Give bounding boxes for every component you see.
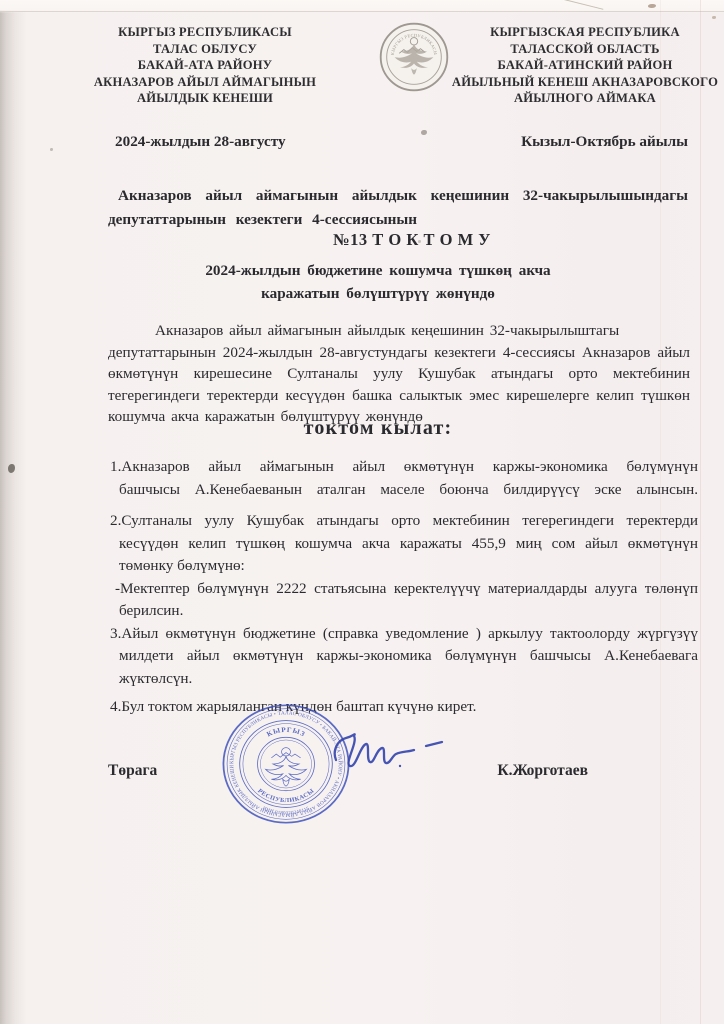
org-name-line: БАКАЙ-АТИНСКИЙ РАЙОН: [446, 57, 724, 74]
preamble-line: Акназаров айыл аймагынын айылдык кеңешин…: [108, 320, 690, 342]
item-line: 4.Бул токтом жарыяланган күндөн баштап к…: [110, 696, 698, 719]
item-line: 2.Султаналы уулу Кушубак атындагы орто м…: [110, 510, 698, 533]
subject-line: 2024-жылдын бюджетине кошумча түшкөң акч…: [88, 259, 668, 282]
item-line: кесүүдөн келип түшкөң кошумча акча караж…: [110, 533, 698, 556]
header-right-block: КЫРГЫЗСКАЯ РЕСПУБЛИКА ТАЛАССКОЙ ОБЛАСТЬ …: [446, 24, 724, 107]
scan-crease: [557, 0, 604, 10]
resolution-item-4: 4.Бул токтом жарыяланган күндөн баштап к…: [110, 696, 698, 719]
session-intro: Акназаров айыл аймагынын айылдык кеңешин…: [108, 184, 688, 231]
item-line: милдети айыл өкмөтүнүн каржы-экономика б…: [110, 645, 698, 668]
org-name-line: КЫРГЫЗ РЕСПУБЛИКАСЫ: [88, 24, 322, 41]
chairman-name: К.Жорготаев: [497, 762, 588, 780]
item-line: -Мектептер бөлүмүнүн 2222 статьясына кер…: [110, 578, 698, 601]
scan-top-edge: [0, 11, 724, 12]
decree-date: 2024-жылдын 28-августу: [115, 133, 286, 151]
subject-line: каражатын бөлүштүрүү жөнүндө: [88, 282, 668, 305]
item-line: берилсин.: [110, 600, 698, 623]
svg-text:РЕСПУБЛИКАСЫ: РЕСПУБЛИКАСЫ: [256, 787, 316, 804]
org-name-line: ТАЛАССКОЙ ОБЛАСТЬ: [446, 41, 724, 58]
scan-speck: [712, 16, 716, 19]
intro-line: Акназаров айыл аймагынын айылдык кеңешин…: [108, 184, 688, 208]
item-line: төмөнку бөлүмүнө:: [110, 555, 698, 578]
item-line: башчысы А.Кенебаеванын аталган маселе бо…: [110, 479, 698, 502]
org-name-line: АЙЫЛДЫК КЕНЕШИ: [88, 90, 322, 107]
stamp-bottom-text: РЕСПУБЛИКАСЫ: [256, 787, 316, 804]
preamble-line: өкмөтүнүн кирешесине Султаналы уулу Кушу…: [108, 363, 690, 385]
chairman-title: Төрага: [108, 762, 157, 780]
scan-speck: [50, 148, 53, 151]
item-line: жүктөлсүн.: [110, 668, 698, 691]
item-line: 1.Акназаров айыл аймагынын айыл өкмөтүнү…: [110, 456, 698, 479]
org-name-line: АКНАЗАРОВ АЙЫЛ АЙМАГЫНЫН: [88, 74, 322, 91]
resolution-items: 1.Акназаров айыл аймагынын айыл өкмөтүнү…: [110, 456, 698, 728]
stamp-top-text: КЫРГЫЗ: [265, 726, 306, 738]
preamble-line: тегерегиндеги теректерди кесүүдөн башка …: [108, 385, 690, 407]
scanned-decree-page: КЫРГЫЗ РЕСПУБЛИКАСЫ ТАЛАС ОБЛУСУ БАКАЙ-А…: [0, 0, 724, 1024]
intro-line: депутаттарынын кезектеги 4-сессиясынын: [108, 208, 688, 232]
resolution-item-2: 2.Султаналы уулу Кушубак атындагы орто м…: [110, 510, 698, 623]
scan-speck: [8, 464, 15, 473]
org-name-line: АЙЫЛЬНЫЙ КЕНЕШ АКНАЗАРОВСКОГО: [446, 74, 724, 91]
resolution-item-1: 1.Акназаров айыл аймагынын айыл өкмөтүнү…: [110, 456, 698, 501]
preamble-line: депутаттарынын 2024-жылдын 28-августунда…: [108, 342, 690, 364]
dateline-row: 2024-жылдын 28-августу Кызыл-Октябрь айы…: [115, 133, 688, 151]
decree-subject: 2024-жылдын бюджетине кошумча түшкөң акч…: [88, 259, 668, 305]
decree-place: Кызыл-Октябрь айылы: [521, 133, 688, 151]
org-name-line: БАКАЙ-АТА РАЙОНУ: [88, 57, 322, 74]
svg-text:КЫРГЫЗ: КЫРГЫЗ: [265, 726, 306, 738]
header-left-block: КЫРГЫЗ РЕСПУБЛИКАСЫ ТАЛАС ОБЛУСУ БАКАЙ-А…: [88, 24, 322, 107]
decree-number-heading: №13 Т О К Т О М У: [108, 230, 702, 250]
scan-speck: [648, 4, 656, 8]
org-name-line: КЫРГЫЗСКАЯ РЕСПУБЛИКА: [446, 24, 724, 41]
coat-of-arms-icon: КЫРГЫЗ РЕСПУБЛИКАСЫ: [377, 20, 451, 94]
scan-artifact-line: [700, 0, 701, 1024]
item-line: 3.Айыл өкмөтүнүн бюджетине (справка увед…: [110, 623, 698, 646]
signature-row: Төрага К.Жорготаев: [108, 762, 588, 780]
org-name-line: ТАЛАС ОБЛУСУ: [88, 41, 322, 58]
org-name-line: АЙЫЛНОГО АЙМАКА: [446, 90, 724, 107]
preamble-paragraph: Акназаров айыл аймагынын айылдык кеңешин…: [108, 320, 690, 428]
resolution-heading: токтом кылат:: [88, 417, 668, 440]
resolution-item-3: 3.Айыл өкмөтүнүн бюджетине (справка увед…: [110, 623, 698, 691]
